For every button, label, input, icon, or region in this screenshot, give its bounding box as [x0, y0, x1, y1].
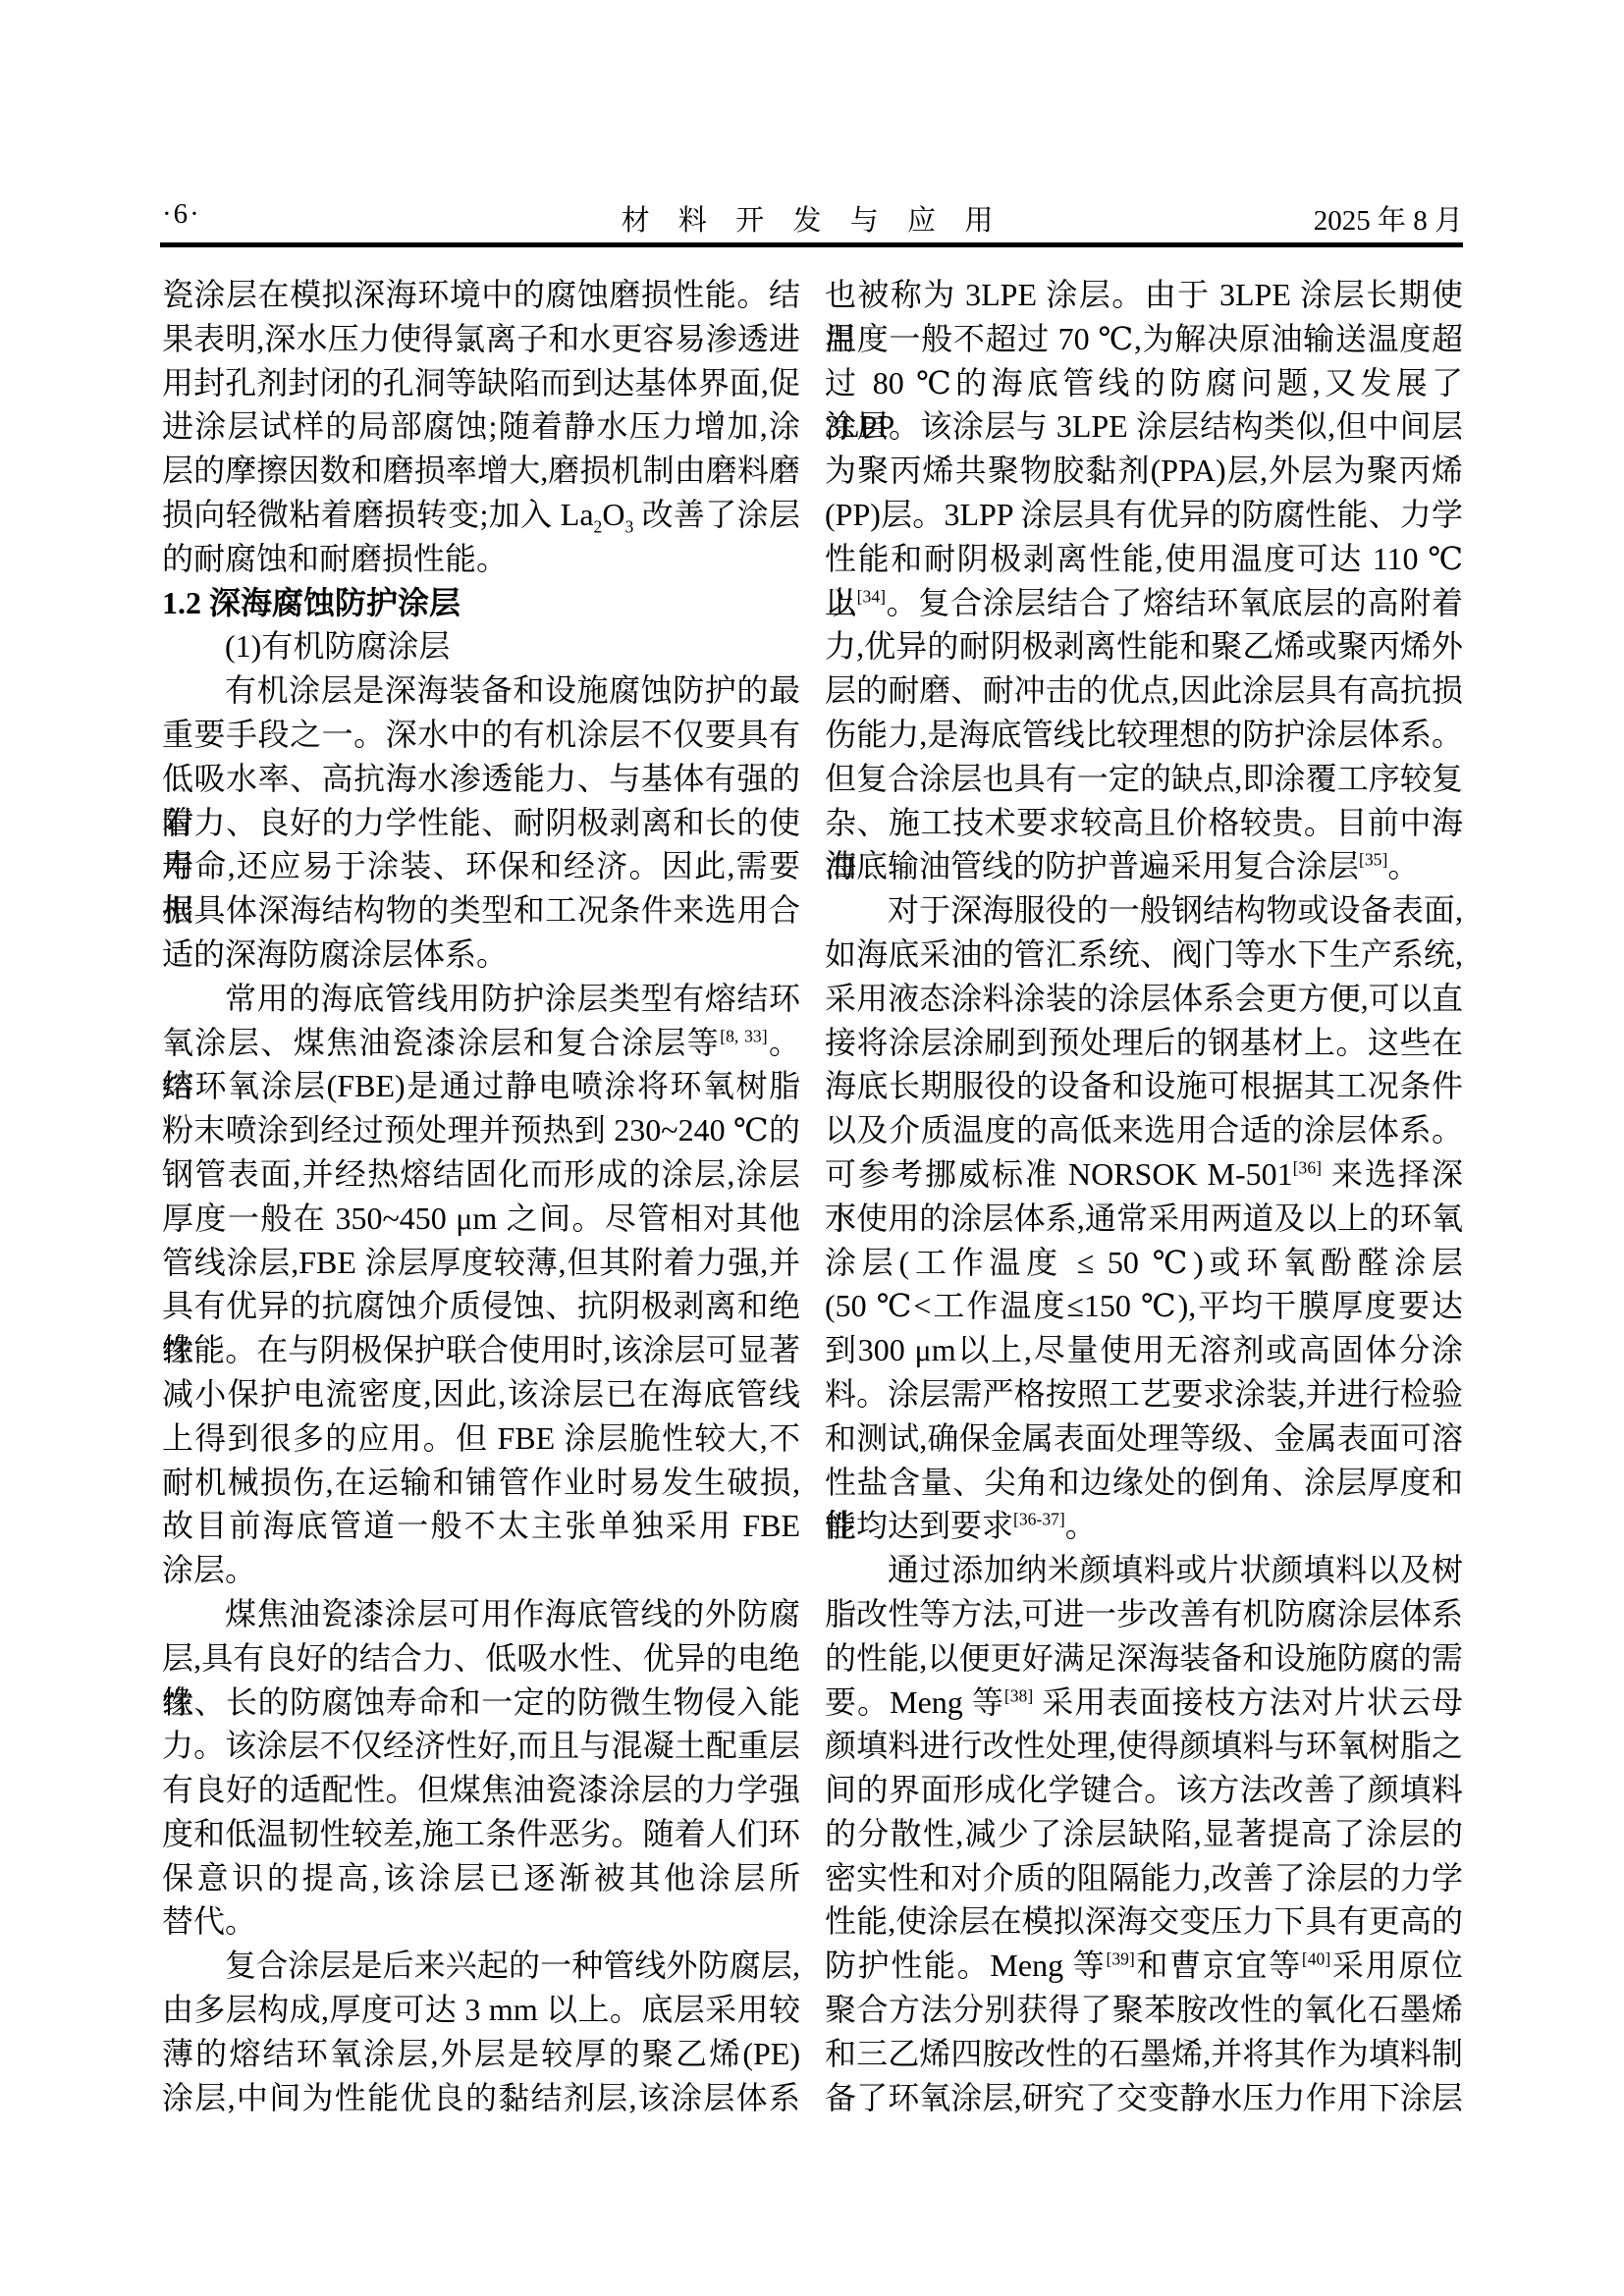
text-line: 层的摩擦因数和磨损率增大,磨损机制由磨料磨: [162, 449, 800, 493]
text-line: 涂层,中间为性能优良的黏结剂层,该涂层体系: [162, 2076, 800, 2120]
text-run: 通过添加纳米颜填料或片状颜填料以及树: [888, 1552, 1463, 1587]
text-run: 涂层。: [162, 1552, 256, 1587]
text-line: 伤能力,是海底管线比较理想的防护涂层体系。: [825, 713, 1463, 757]
text-run: 由多层构成,厚度可达 3 mm 以上。底层采用较: [162, 1992, 800, 2027]
text-run: 氧涂层、煤焦油瓷漆涂层和复合涂层等: [162, 1025, 720, 1060]
text-run: 对于深海服役的一般钢结构物或设备表面,: [888, 892, 1463, 928]
text-run: 如海底采油的管汇系统、阀门等水下生产系统,: [825, 936, 1463, 972]
citation-superscript: [8, 33]: [720, 1026, 767, 1045]
text-line: 性盐含量、尖角和边缘处的倒角、涂层厚度和性: [825, 1461, 1463, 1505]
text-run: 钢管表面,并经热熔结固化而形成的涂层,涂层: [162, 1156, 800, 1192]
text-line: 可参考挪威标准 NORSOK M-501[36] 来选择深水: [825, 1152, 1463, 1197]
text-line: 能均达到要求[36-37]。: [825, 1504, 1463, 1548]
text-line: 接将涂层涂刷到预处理后的钢基材上。这些在: [825, 1021, 1463, 1065]
text-line: 常用的海底管线用防护涂层类型有熔结环: [162, 977, 800, 1021]
citation-superscript: [38]: [1004, 1685, 1033, 1705]
text-run: 改善了涂层: [633, 497, 800, 532]
header-rule: [160, 242, 1463, 247]
text-run: 1.2 深海腐蚀防护涂层: [162, 585, 460, 620]
text-line: 的耐腐蚀和耐磨损性能。: [162, 537, 800, 581]
text-run: 涂层。该涂层与 3LPE 涂层结构类似,但中间层: [825, 408, 1463, 444]
issue-date: 2025 年 8 月: [1314, 198, 1463, 239]
text-line: 杂、施工技术要求较高且价格较贵。目前中海油: [825, 801, 1463, 845]
text-line: (PP)层。3LPP 涂层具有优异的防腐性能、力学: [825, 493, 1463, 537]
text-line: 力,优异的耐阴极剥离性能和聚乙烯或聚丙烯外: [825, 624, 1463, 668]
text-line: 据具体深海结构物的类型和工况条件来选用合: [162, 888, 800, 933]
text-run: 伤能力,是海底管线比较理想的防护涂层体系。: [825, 717, 1463, 752]
text-line: 涂层。: [162, 1548, 800, 1592]
text-line: 具有优异的抗腐蚀介质侵蚀、抗阴极剥离和绝缘: [162, 1284, 800, 1328]
text-line: 替代。: [162, 1899, 800, 1944]
text-line: 的性能,以便更好满足深海装备和设施防腐的需: [825, 1636, 1463, 1681]
text-line: 涂层(工作温度 ≤ 50 ℃)或环氧酚醛涂层: [825, 1241, 1463, 1285]
text-line: 适的深海防腐涂层体系。: [162, 933, 800, 977]
text-line: 海底输油管线的防护普遍采用复合涂层[35]。: [825, 844, 1463, 888]
text-run: 有良好的适配性。但煤焦油瓷漆涂层的力学强: [162, 1772, 800, 1807]
text-run: 采用液态涂料涂装的涂层体系会更方便,可以直: [825, 981, 1463, 1016]
text-run: 但复合涂层也具有一定的缺点,即涂覆工序较复: [825, 761, 1463, 796]
text-run: 涂层(工作温度 ≤ 50 ℃)或环氧酚醛涂层: [825, 1245, 1463, 1280]
text-run: 采用表面接枝方法对片状云母: [1033, 1684, 1463, 1720]
text-line: 料。涂层需严格按照工艺要求涂装,并进行检验: [825, 1372, 1463, 1416]
text-line: 通过添加纳米颜填料或片状颜填料以及树: [825, 1548, 1463, 1592]
text-run: 层的耐磨、耐冲击的优点,因此涂层具有高抗损: [825, 672, 1463, 708]
text-run: 耐机械损伤,在运输和铺管作业时易发生破损,: [162, 1465, 800, 1500]
text-line: 涂层。该涂层与 3LPE 涂层结构类似,但中间层: [825, 404, 1463, 449]
text-line: 管线涂层,FBE 涂层厚度较薄,但其附着力强,并: [162, 1241, 800, 1285]
text-line: 进涂层试样的局部腐蚀;随着静水压力增加,涂: [162, 404, 800, 449]
text-line: 脂改性等方法,可进一步改善有机防腐涂层体系: [825, 1592, 1463, 1636]
text-run: 用封孔剂封闭的孔洞等缺陷而到达基体界面,促: [162, 365, 800, 400]
text-run: (PP)层。3LPP 涂层具有优异的防腐性能、力学: [825, 497, 1463, 532]
citation-superscript: [34]: [857, 586, 886, 606]
text-line: 薄的熔结环氧涂层,外层是较厚的聚乙烯(PE): [162, 2032, 800, 2076]
text-run: 粉末喷涂到经过预处理并预热到 230~240 ℃的: [162, 1112, 800, 1148]
text-run: 颜填料进行改性处理,使得颜填料与环氧树脂之: [825, 1728, 1463, 1763]
text-run: 力。该涂层不仅经济性好,而且与混凝土配重层: [162, 1728, 800, 1763]
text-run: 能均达到要求: [825, 1508, 1013, 1543]
text-run: 结环氧涂层(FBE)是通过静电喷涂将环氧树脂: [162, 1068, 800, 1103]
text-run: 防护性能。Meng 等: [825, 1948, 1106, 1983]
text-run: 减小保护电流密度,因此,该涂层已在海底管线: [162, 1376, 800, 1412]
text-run: 采用原位: [1330, 1948, 1463, 1983]
text-line: 煤焦油瓷漆涂层可用作海底管线的外防腐: [162, 1592, 800, 1636]
text-line: 果表明,深水压力使得氯离子和水更容易渗透进: [162, 317, 800, 361]
text-run: 以及介质温度的高低来选用合适的涂层体系。: [825, 1112, 1463, 1148]
citation-superscript: [39]: [1106, 1949, 1134, 1969]
text-line: (1)有机防腐涂层: [162, 624, 800, 668]
text-run: 适的深海防腐涂层体系。: [162, 936, 508, 972]
text-line: 有机涂层是深海装备和设施腐蚀防护的最: [162, 668, 800, 713]
right-column: 也被称为 3LPE 涂层。由于 3LPE 涂层长期使用温度一般不超过 70 ℃,…: [825, 273, 1463, 2119]
text-line: 钢管表面,并经热熔结固化而形成的涂层,涂层: [162, 1152, 800, 1197]
text-line: 性能,使涂层在模拟深海交变压力下具有更高的: [825, 1899, 1463, 1944]
text-run: 厚度一般在 350~450 μm 之间。尽管相对其他: [162, 1201, 800, 1236]
body-columns: 瓷涂层在模拟深海环境中的腐蚀磨损性能。结果表明,深水压力使得氯离子和水更容易渗透…: [162, 273, 1463, 2119]
text-run: 度和低温韧性较差,施工条件恶劣。随着人们环: [162, 1816, 800, 1851]
page-header: ·6· 材 料 开 发 与 应 用 2025 年 8 月: [162, 198, 1463, 241]
text-line: 过 80 ℃的海底管线的防腐问题,又发展了 3LPP: [825, 361, 1463, 405]
text-line: 备了环氧涂层,研究了交变静水压力作用下涂层: [825, 2076, 1463, 2120]
text-line: 故目前海底管道一般不太主张单独采用 FBE: [162, 1504, 800, 1548]
text-line: 对于深海服役的一般钢结构物或设备表面,: [825, 888, 1463, 933]
citation-superscript: [40]: [1302, 1949, 1330, 1969]
text-run: 性能。在与阴极保护联合使用时,该涂层可显著: [162, 1332, 800, 1367]
text-run: 聚合方法分别获得了聚苯胺改性的氧化石墨烯: [825, 1992, 1463, 2027]
text-run: 据具体深海结构物的类型和工况条件来选用合: [162, 892, 800, 928]
text-line: 和三乙烯四胺改性的石墨烯,并将其作为填料制: [825, 2032, 1463, 2076]
document-page: ·6· 材 料 开 发 与 应 用 2025 年 8 月 瓷涂层在模拟深海环境中…: [0, 0, 1624, 2296]
text-line: 复合涂层是后来兴起的一种管线外防腐层,: [162, 1944, 800, 1988]
text-run: (1)有机防腐涂层: [225, 628, 450, 664]
text-run: 性能,使涂层在模拟深海交变压力下具有更高的: [825, 1903, 1463, 1939]
text-run: 备了环氧涂层,研究了交变静水压力作用下涂层: [825, 2080, 1463, 2115]
text-line: 但复合涂层也具有一定的缺点,即涂覆工序较复: [825, 757, 1463, 801]
text-run: 力,优异的耐阴极剥离性能和聚乙烯或聚丙烯外: [825, 628, 1463, 664]
text-run: 替代。: [162, 1903, 256, 1939]
text-run: O: [602, 497, 624, 532]
text-line: 聚合方法分别获得了聚苯胺改性的氧化石墨烯: [825, 1988, 1463, 2032]
text-line: 海底长期服役的设备和设施可根据其工况条件: [825, 1064, 1463, 1108]
text-run: 瓷涂层在模拟深海环境中的腐蚀磨损性能。结: [162, 277, 800, 312]
text-run: 上: [825, 585, 857, 620]
text-run: 煤焦油瓷漆涂层可用作海底管线的外防腐: [225, 1596, 800, 1631]
text-run: 可参考挪威标准 NORSOK M-501: [825, 1156, 1293, 1192]
text-line: 性能和耐阴极剥离性能,使用温度可达 110 ℃以: [825, 537, 1463, 581]
text-run: 的分散性,减少了涂层缺陷,显著提高了涂层的: [825, 1816, 1463, 1851]
text-line: 以及介质温度的高低来选用合适的涂层体系。: [825, 1108, 1463, 1152]
text-line: 厚度一般在 350~450 μm 之间。尽管相对其他: [162, 1197, 800, 1241]
journal-title: 材 料 开 发 与 应 用: [162, 198, 1463, 239]
text-run: 薄的熔结环氧涂层,外层是较厚的聚乙烯(PE): [162, 2036, 800, 2071]
text-run: 损向轻微粘着磨损转变;加入 La: [162, 497, 594, 532]
chemical-subscript: 2: [594, 516, 603, 536]
text-run: 重要手段之一。深水中的有机涂层不仅要具有: [162, 717, 800, 752]
citation-superscript: [36]: [1293, 1157, 1322, 1177]
text-run: 为聚丙烯共聚物胶黏剂(PPA)层,外层为聚丙烯: [825, 453, 1463, 488]
text-run: 性、长的防腐蚀寿命和一定的防微生物侵入能: [162, 1684, 800, 1720]
text-line: 寿命,还应易于涂装、环保和经济。因此,需要根: [162, 844, 800, 888]
text-line: 粉末喷涂到经过预处理并预热到 230~240 ℃的: [162, 1108, 800, 1152]
text-line: 到300 μm以上,尽量使用无溶剂或高固体分涂: [825, 1328, 1463, 1372]
text-line: 温度一般不超过 70 ℃,为解决原油输送温度超: [825, 317, 1463, 361]
text-run: 。复合涂层结合了熔结环氧底层的高附着: [886, 585, 1463, 620]
text-run: 果表明,深水压力使得氯离子和水更容易渗透进: [162, 321, 800, 356]
text-line: (50 ℃<工作温度≤150 ℃),平均干膜厚度要达: [825, 1284, 1463, 1328]
text-line: 的分散性,减少了涂层缺陷,显著提高了涂层的: [825, 1812, 1463, 1856]
text-run: 故目前海底管道一般不太主张单独采用 FBE: [162, 1508, 800, 1543]
text-run: 上得到很多的应用。但 FBE 涂层脆性较大,不: [162, 1420, 800, 1456]
text-run: 有机涂层是深海装备和设施腐蚀防护的最: [225, 672, 800, 708]
text-run: 的性能,以便更好满足深海装备和设施防腐的需: [825, 1640, 1463, 1676]
text-run: 温度一般不超过 70 ℃,为解决原油输送温度超: [825, 321, 1463, 356]
text-run: 常用的海底管线用防护涂层类型有熔结环: [225, 981, 800, 1016]
text-line: 保意识的提高,该涂层已逐渐被其他涂层所: [162, 1856, 800, 1900]
chemical-subscript: 3: [624, 516, 633, 536]
text-run: 和三乙烯四胺改性的石墨烯,并将其作为填料制: [825, 2036, 1463, 2071]
text-line: 要。Meng 等[38] 采用表面接枝方法对片状云母: [825, 1681, 1463, 1725]
text-line: 性能。在与阴极保护联合使用时,该涂层可显著: [162, 1328, 800, 1372]
text-line: 度和低温韧性较差,施工条件恶劣。随着人们环: [162, 1812, 800, 1856]
text-line: 瓷涂层在模拟深海环境中的腐蚀磨损性能。结: [162, 273, 800, 317]
text-line: 如海底采油的管汇系统、阀门等水下生产系统,: [825, 933, 1463, 977]
text-line: 低吸水率、高抗海水渗透能力、与基体有强的附: [162, 757, 800, 801]
text-line: 减小保护电流密度,因此,该涂层已在海底管线: [162, 1372, 800, 1416]
text-line: 和测试,确保金属表面处理等级、金属表面可溶: [825, 1416, 1463, 1461]
text-run: 海底长期服役的设备和设施可根据其工况条件: [825, 1068, 1463, 1103]
text-line: 下使用的涂层体系,通常采用两道及以上的环氧: [825, 1197, 1463, 1241]
section-heading: 1.2 深海腐蚀防护涂层: [162, 581, 800, 625]
text-line: 氧涂层、煤焦油瓷漆涂层和复合涂层等[8, 33]。熔: [162, 1021, 800, 1065]
text-line: 有良好的适配性。但煤焦油瓷漆涂层的力学强: [162, 1768, 800, 1812]
text-run: 到300 μm以上,尽量使用无溶剂或高固体分涂: [825, 1332, 1463, 1367]
text-run: 料。涂层需严格按照工艺要求涂装,并进行检验: [825, 1376, 1463, 1412]
citation-superscript: [36-37]: [1013, 1510, 1065, 1529]
text-line: 防护性能。Meng 等[39]和曹京宜等[40]采用原位: [825, 1944, 1463, 1988]
text-run: 。: [1387, 848, 1419, 883]
text-run: 要。Meng 等: [825, 1684, 1004, 1720]
text-run: 接将涂层涂刷到预处理后的钢基材上。这些在: [825, 1025, 1463, 1060]
text-line: 间的界面形成化学键合。该方法改善了颜填料: [825, 1768, 1463, 1812]
text-line: 力。该涂层不仅经济性好,而且与混凝土配重层: [162, 1724, 800, 1768]
text-line: 着力、良好的力学性能、耐阴极剥离和长的使用: [162, 801, 800, 845]
text-run: 的耐腐蚀和耐磨损性能。: [162, 541, 508, 576]
text-run: 海底输油管线的防护普遍采用复合涂层: [825, 848, 1359, 883]
text-run: 保意识的提高,该涂层已逐渐被其他涂层所: [162, 1860, 800, 1896]
text-line: 上[34]。复合涂层结合了熔结环氧底层的高附着: [825, 581, 1463, 625]
text-line: 密实性和对介质的阻隔能力,改善了涂层的力学: [825, 1856, 1463, 1900]
text-line: 颜填料进行改性处理,使得颜填料与环氧树脂之: [825, 1724, 1463, 1768]
text-line: 由多层构成,厚度可达 3 mm 以上。底层采用较: [162, 1988, 800, 2032]
text-line: 为聚丙烯共聚物胶黏剂(PPA)层,外层为聚丙烯: [825, 449, 1463, 493]
text-line: 上得到很多的应用。但 FBE 涂层脆性较大,不: [162, 1416, 800, 1461]
text-line: 性、长的防腐蚀寿命和一定的防微生物侵入能: [162, 1681, 800, 1725]
text-line: 也被称为 3LPE 涂层。由于 3LPE 涂层长期使用: [825, 273, 1463, 317]
text-run: 和曹京宜等: [1135, 1948, 1302, 1983]
text-run: 复合涂层是后来兴起的一种管线外防腐层,: [225, 1948, 800, 1983]
text-run: 间的界面形成化学键合。该方法改善了颜填料: [825, 1772, 1463, 1807]
text-line: 结环氧涂层(FBE)是通过静电喷涂将环氧树脂: [162, 1064, 800, 1108]
text-line: 用封孔剂封闭的孔洞等缺陷而到达基体界面,促: [162, 361, 800, 405]
text-run: 进涂层试样的局部腐蚀;随着静水压力增加,涂: [162, 408, 800, 444]
text-line: 耐机械损伤,在运输和铺管作业时易发生破损,: [162, 1461, 800, 1505]
text-run: (50 ℃<工作温度≤150 ℃),平均干膜厚度要达: [825, 1288, 1463, 1323]
text-line: 重要手段之一。深水中的有机涂层不仅要具有: [162, 713, 800, 757]
citation-superscript: [35]: [1359, 850, 1387, 870]
text-run: 下使用的涂层体系,通常采用两道及以上的环氧: [825, 1201, 1463, 1236]
text-run: 管线涂层,FBE 涂层厚度较薄,但其附着力强,并: [162, 1245, 800, 1280]
text-run: 脂改性等方法,可进一步改善有机防腐涂层体系: [825, 1596, 1463, 1631]
text-line: 层,具有良好的结合力、低吸水性、优异的电绝缘: [162, 1636, 800, 1681]
text-line: 层的耐磨、耐冲击的优点,因此涂层具有高抗损: [825, 668, 1463, 713]
text-run: 和测试,确保金属表面处理等级、金属表面可溶: [825, 1420, 1463, 1456]
text-run: 涂层,中间为性能优良的黏结剂层,该涂层体系: [162, 2080, 800, 2115]
text-run: 层的摩擦因数和磨损率增大,磨损机制由磨料磨: [162, 453, 800, 488]
text-run: 密实性和对介质的阻隔能力,改善了涂层的力学: [825, 1860, 1463, 1896]
text-run: 。: [1065, 1508, 1097, 1543]
text-line: 损向轻微粘着磨损转变;加入 La2O3 改善了涂层: [162, 493, 800, 537]
left-column: 瓷涂层在模拟深海环境中的腐蚀磨损性能。结果表明,深水压力使得氯离子和水更容易渗透…: [162, 273, 800, 2119]
text-line: 采用液态涂料涂装的涂层体系会更方便,可以直: [825, 977, 1463, 1021]
